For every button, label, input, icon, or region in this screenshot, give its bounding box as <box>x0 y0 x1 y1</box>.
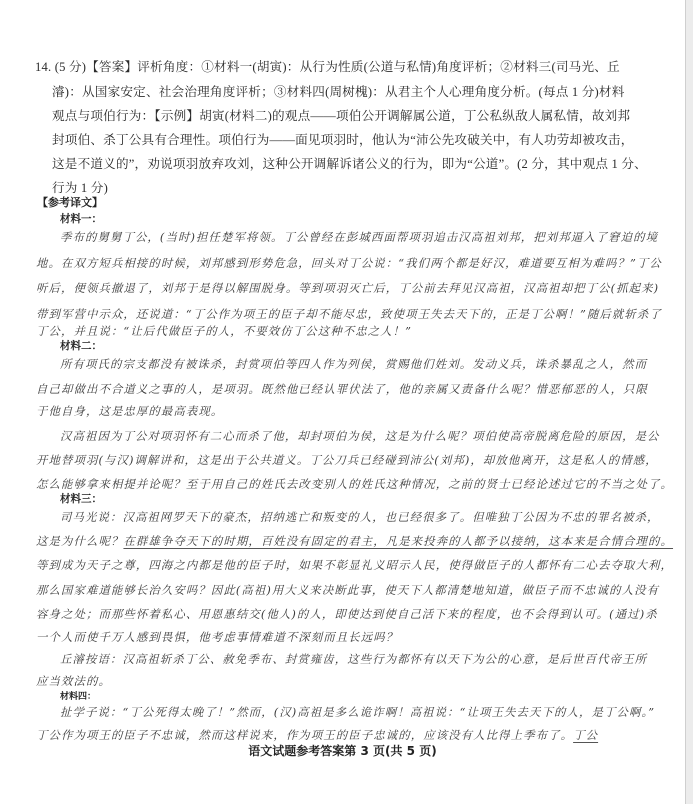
document-page: 14. (5 分)【答案】评析角度：①材料一(胡寅)：从行为性质(公道与私情)角… <box>0 0 685 804</box>
answer-line: 封项伯、杀丁公具有合理性。项伯行为——面见项羽时，他认为“沛公先攻破关中，有人功… <box>52 132 634 148</box>
material3-line: 应当效法的。 <box>36 673 111 689</box>
page-footer: 语文试题参考答案第 3 页(共 5 页) <box>0 742 685 759</box>
material2-line: 自己却做出不合道义之事的人，是项羽。既然他已经认罪伏法了，他的亲属又责备什么呢？… <box>36 381 648 397</box>
material3-text: 这是为什么呢？ <box>36 534 123 548</box>
material3-line: 一个人而使千万人感到畏惧，他考虑事情难道不深刻而且长远吗？ <box>36 629 398 645</box>
material2-line: 怎么能够拿来相提并论呢？至于用自己的姓氏去改变别人的姓氏这种情况，之前的贤士已经… <box>36 476 673 492</box>
material3-heading: 材料三： <box>60 491 102 506</box>
answer-line: 濬)：从国家安定、社会治理角度评析；③材料四(周树槐)：从君主个人心理角度分析。… <box>52 84 625 100</box>
underlined-text: 丁公 <box>573 728 598 742</box>
material3-line: 丘濬按语：汉高祖斩杀丁公、赦免季布、封赏雍齿，这些行为都怀有以天下为公的心意，是… <box>60 651 647 667</box>
material2-line: 于他自身，这是忠厚的最高表现。 <box>36 403 223 419</box>
material3-line: 司马光说：汉高祖网罗天下的豪杰，招纳逃亡和叛变的人，也已经很多了。但唯独丁公因为… <box>60 509 660 525</box>
material1-line: 季布的舅舅丁公，(当时)担任楚军将领。丁公曾经在彭城西面帮项羽追击汉高祖刘邦，把… <box>60 229 658 245</box>
material1-line: 地。在双方短兵相接的时候，刘邦感到形势危急，回头对丁公说：“我们两个都是好汉，难… <box>36 255 662 271</box>
material4-text: 丁公作为项王的臣子不忠诚，然而这样说来，作为项王的臣子忠诚的，应该没有人比得上季… <box>36 728 573 742</box>
material3-line: 容身之处；而那些怀着私心、用恩惠结交(他人)的人，即使达到使自己活下来的程度，也… <box>36 606 658 622</box>
answer-line: 14. (5 分)【答案】评析角度：①材料一(胡寅)：从行为性质(公道与私情)角… <box>35 59 620 75</box>
vertical-scrollbar[interactable] <box>685 0 693 804</box>
material4-line: 扯学子说：“丁公死得太晚了！”然而，(汉)高祖是多么诡诈啊！高祖说：“让项王失去… <box>60 704 655 720</box>
material3-line: 这是为什么呢？在群雄争夺天下的时期，百姓没有固定的君主，凡是来投奔的人都予以接纳… <box>36 533 673 549</box>
document-viewer: 14. (5 分)【答案】评析角度：①材料一(胡寅)：从行为性质(公道与私情)角… <box>0 0 693 804</box>
material2-line: 所有项氏的宗支都没有被诛杀，封赏项伯等四人作为列侯，赏赐他们姓刘。发动义兵，诛杀… <box>60 356 647 372</box>
answer-line: 这是不道义的”，劝说项羽放弃攻刘，这种公开调解诉诸公义的行为，即为“公道”。(2… <box>52 156 647 172</box>
material3-line: 等到成为天子之尊，四海之内都是他的臣子时，如果不彰显礼义昭示人民，使得做臣子的人… <box>36 557 673 573</box>
material2-line: 汉高祖因为丁公对项羽怀有二心而杀了他，却封项伯为侯，这是为什么呢？项伯使高帝脱离… <box>60 428 660 444</box>
material4-line: 丁公作为项王的臣子不忠诚，然而这样说来，作为项王的臣子忠诚的，应该没有人比得上季… <box>36 727 598 743</box>
material1-line: 听后，便领兵撤退了，刘邦于是得以解围脱身。等到项羽灭亡后，丁公前去拜见汉高祖，汉… <box>36 280 659 296</box>
material3-line: 那么国家难道能够长治久安吗？因此(高祖)用大义来决断此事，使天下人都清楚地知道，… <box>36 582 659 598</box>
material1-line: 带到军营中示众，还说道：“丁公作为项王的臣子却不能尽忠，致使项王失去天下的，正是… <box>36 306 662 322</box>
answer-line: 观点与项伯行为：【示例】胡寅(材料二)的观点——项伯公开调解属公道，丁公私纵敌人… <box>52 108 630 124</box>
material4-heading: 材料四： <box>60 689 96 702</box>
material2-heading: 材料二： <box>60 338 102 353</box>
material2-line: 开地替项羽(与汉)调解讲和，这是出于公共道义。丁公刀兵已经碰到沛公(刘邦)，却放… <box>36 452 658 468</box>
material1-line: 丁公，并且说：“让后代做臣子的人，不要效仿丁公这种不忠之人！” <box>36 323 412 339</box>
translation-heading: 【参考译文】 <box>37 194 103 210</box>
underlined-text: 在群雄争夺天下的时期，百姓没有固定的君主，凡是来投奔的人都予以接纳，这本来是合情… <box>123 534 673 548</box>
material1-heading: 材料一： <box>60 211 102 226</box>
